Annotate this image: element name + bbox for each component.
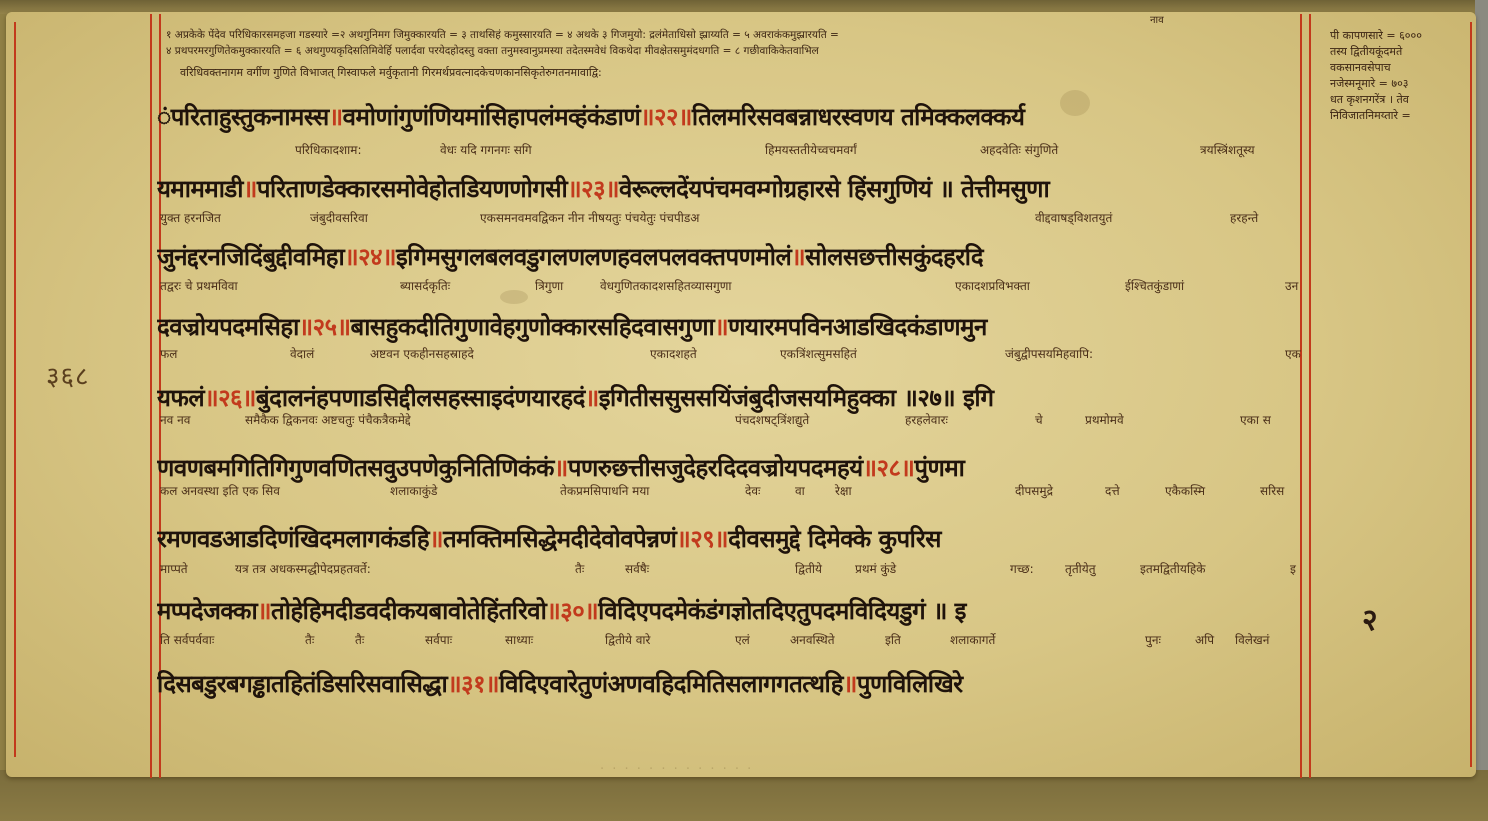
- main-text-line: दिसबडुरबगड्ढातहितंडिसरिसवासिद्धा॥३१॥विदि…: [157, 667, 1303, 701]
- verse-text: बुंदालनंहपणाडसिद्दीलसहस्साइदंणयारहदं: [256, 384, 585, 412]
- interlinear-gloss: त्रिगुणा: [535, 277, 563, 294]
- verse-text: तमक्तिमसिद्धेमदीदेवोवपेन्नणं: [443, 525, 676, 553]
- right-note-line: धत कृशनगरेंत्र । तेव: [1330, 92, 1475, 108]
- main-text-line: मप्पदेजक्का॥तोहेहिमदीडवदीकयबावोतेहिंतरिव…: [157, 594, 1303, 628]
- interlinear-gloss: हिमयस्ततीयेच्वचमवर्गं: [765, 141, 857, 158]
- interlinear-gloss: उन: [1285, 277, 1298, 294]
- verse-text: रमणवडआडदिणंखिदमलागकंडहि: [157, 525, 429, 553]
- verse-text: पणरुछत्तीसजुदेहरदिदवज्रोयपदमहयं: [568, 454, 863, 482]
- interlinear-gloss: वेदालं: [290, 345, 314, 362]
- interlinear-gloss: अहदवेतिः संगुणिते: [980, 141, 1058, 158]
- interlinear-gloss: प्रथमं कुंडे: [855, 560, 896, 577]
- interlinear-gloss: युक्त हरनजित: [160, 209, 221, 226]
- verse-marker: ॥: [714, 313, 728, 341]
- verse-marker: ॥: [843, 670, 857, 698]
- interlinear-gloss: पुनः: [1145, 631, 1161, 648]
- verse-marker: ॥२२॥: [640, 103, 692, 131]
- verse-text: तोहेहिमदीडवदीकयबावोतेहिंतरिवो: [271, 597, 546, 625]
- verse-text: यमाममाडी: [157, 175, 243, 203]
- verse-text: परिताणडेक्कारसमोवेहोतडियणणोगसी: [257, 175, 567, 203]
- interlinear-gloss: पंचदशषट्त्रिंशद्युते: [735, 411, 809, 428]
- border-rule-right-inner-2: [1309, 14, 1311, 778]
- interlinear-gloss: तैः: [305, 631, 314, 648]
- interlinear-gloss: एकादशप्रविभक्ता: [955, 277, 1030, 294]
- backdrop-bottom: [0, 770, 1488, 821]
- main-text-line: दवज्रोयपदमसिहा॥२५॥बासहुकदीतिगुणावेहगुणोक…: [157, 310, 1303, 344]
- interlinear-gloss: अष्टवन एकहीनसहस्राहदे: [370, 345, 474, 362]
- interlinear-gloss: वीद्दवाषड्विशतयुतं: [1035, 209, 1112, 226]
- verse-marker: ॥२५॥: [299, 313, 351, 341]
- interlinear-gloss: साध्याः: [505, 631, 533, 648]
- interlinear-gloss: इ: [1290, 560, 1296, 577]
- right-note-line: तस्य द्वितीयकूंदमते: [1330, 44, 1475, 60]
- commentary-line: १ अप्रकेके पेंदेव परिधिकारसमहजा गडस्यारे…: [166, 28, 1306, 42]
- verse-text: पुणविलिखिरे: [857, 670, 963, 698]
- interlinear-gloss: नव नव: [160, 411, 190, 428]
- interlinear-gloss: देवः: [745, 482, 760, 499]
- verse-marker: ॥: [329, 103, 343, 131]
- commentary-line: ४ प्रथपरमरगुणितेकमुक्कारयति = ६ अथगुण्यक…: [166, 44, 1306, 58]
- verse-text: वेरूल्लदेंयपंचमवम्गोग्रहारसे हिंसगुणियं …: [619, 175, 1049, 203]
- interlinear-gloss: तैः: [355, 631, 364, 648]
- paper-stain: [500, 290, 528, 304]
- verse-marker: ॥: [257, 597, 271, 625]
- interlinear-gloss: अपि: [1195, 631, 1214, 648]
- verse-text: णवणबमगितिगिगुणवणितसवुउपणेकुनितिणिकंकं: [157, 454, 554, 482]
- main-text-line: णवणबमगितिगिगुणवणितसवुउपणेकुनितिणिकंकं॥पण…: [157, 451, 1303, 485]
- verse-text: विदिएपदमेकंडंगज्ञोतदिएतुपदमविदियडुगं ॥ इ: [598, 597, 966, 625]
- right-margin-number: २: [1362, 598, 1378, 639]
- interlinear-gloss: प्रथमोमवे: [1085, 411, 1124, 428]
- interlinear-gloss: वा: [795, 482, 805, 499]
- main-text-line: जुनंद्दरनजिदिंबुद्दीवमिहा॥२४॥इगिमसुगलबलव…: [157, 240, 1303, 274]
- main-text-line: रमणवडआडदिणंखिदमलागकंडहि॥तमक्तिमसिद्धेमदी…: [157, 522, 1303, 556]
- verse-text: दवज्रोयपदमसिहा: [157, 313, 299, 341]
- right-note-line: पी कापणसारे = ६०००: [1330, 28, 1475, 44]
- interlinear-gloss: तृतीयेतु: [1065, 560, 1096, 577]
- verse-text: णयारमपविनआडखिदकंडाणमुन: [728, 313, 987, 341]
- verse-marker: ॥२३॥: [567, 175, 619, 203]
- interlinear-gloss: ब्यासर्दकृतिः: [400, 277, 450, 294]
- interlinear-gloss: हरहलेवारः: [905, 411, 948, 428]
- verse-text: बासहुकदीतिगुणावेहगुणोक्कारसहिदवासगुणा: [351, 313, 715, 341]
- interlinear-gloss: अनवस्थिते: [790, 631, 835, 648]
- interlinear-gloss: एकादशहते: [650, 345, 697, 362]
- interlinear-gloss: त्रयस्त्रिंशतूस्य: [1200, 141, 1255, 158]
- interlinear-gloss: इति: [885, 631, 901, 648]
- interlinear-gloss: चे: [1035, 411, 1043, 428]
- interlinear-gloss: एक: [1285, 345, 1301, 362]
- verse-marker: ॥: [585, 384, 599, 412]
- interlinear-gloss: शलाकागर्ते: [950, 631, 995, 648]
- interlinear-gloss: वेधगुणितकादशसहितव्यासगुणा: [600, 277, 732, 294]
- interlinear-gloss: सर्वषैः: [625, 560, 649, 577]
- interlinear-gloss: समैकैक द्विकनवः अष्टचतुः पंचैकत्रैकमेद्द…: [245, 411, 411, 428]
- interlinear-gloss: तैः: [575, 560, 584, 577]
- verse-marker: ॥: [554, 454, 568, 482]
- top-note: नाव: [1150, 12, 1164, 26]
- interlinear-gloss: ईश्चितकुंडाणां: [1125, 277, 1184, 294]
- verse-marker: ॥२४॥: [344, 243, 396, 271]
- interlinear-gloss: एकसमनवमवद्विकन नीन नीषयतुः पंचयेतुः पंचप…: [480, 209, 699, 226]
- main-text-line: यमाममाडी॥परिताणडेक्कारसमोवेहोतडियणणोगसी॥…: [157, 172, 1303, 206]
- verse-marker: ॥३१॥: [447, 670, 499, 698]
- verse-text: यफलं: [157, 384, 204, 412]
- verse-text: तिलमरिसवबन्नाधरस्वणय तमिक्कलक्कर्य: [692, 103, 1025, 131]
- right-note-line: निविजातनिमय्तारे =: [1330, 108, 1475, 124]
- watermark: · · · · · · · · · · · · ·: [600, 762, 753, 777]
- verse-marker: ॥: [429, 525, 443, 553]
- interlinear-gloss: विलेखनं: [1235, 631, 1269, 648]
- interlinear-gloss: एलं: [735, 631, 750, 648]
- interlinear-gloss: रेक्षा: [835, 482, 852, 499]
- interlinear-gloss: जंबुद्वीपसयमिहवापि:: [1005, 345, 1093, 362]
- interlinear-gloss: हरहन्ते: [1230, 209, 1258, 226]
- interlinear-gloss: वेधः यदि गगनगः सगि: [440, 141, 532, 158]
- verse-text: इगिमसुगलबलवडुगलणलणहवलपलवक्तपणमोलं: [396, 243, 791, 271]
- right-margin-notes: पी कापणसारे = ६००० तस्य द्वितीयकूंदमते व…: [1330, 28, 1475, 124]
- verse-text: दिसबडुरबगड्ढातहितंडिसरिसवासिद्धा: [157, 670, 447, 698]
- interlinear-gloss: गच्छ:: [1010, 560, 1034, 577]
- verse-text: सोलसछत्तीसकुंदहरदि: [805, 243, 983, 271]
- interlinear-gloss: यत्र तत्र अधकस्मद्धीपेदप्रहतवर्ते:: [235, 560, 371, 577]
- interlinear-gloss: ति सर्वपर्ववाः: [160, 631, 214, 648]
- right-note-line: वकसानवसेपाच: [1330, 60, 1475, 76]
- verse-text: इगितीससुससयिंजंबुदीजसयमिहुक्का ॥२७॥ इगि: [599, 384, 994, 412]
- verse-marker: ॥२६॥: [204, 384, 256, 412]
- main-text-line: ंपरिताहुस्तुकनामस्स॥वमोणांगुणंणियमांसिहा…: [157, 100, 1303, 134]
- verse-text: ंपरिताहुस्तुकनामस्स: [157, 103, 329, 131]
- border-rule-left-inner-1: [150, 14, 152, 778]
- verse-text: दीवसमुद्दे दिमेक्के कुपरिस: [728, 525, 941, 553]
- interlinear-gloss: माप्पते: [160, 560, 188, 577]
- interlinear-gloss: एका स: [1240, 411, 1271, 428]
- verse-text: जुनंद्दरनजिदिंबुद्दीवमिहा: [157, 243, 344, 271]
- backdrop-right: [1475, 0, 1488, 821]
- verse-marker: ॥: [791, 243, 805, 271]
- verse-marker: ॥२९॥: [676, 525, 728, 553]
- interlinear-gloss: जंबुदीवसरिवा: [310, 209, 368, 226]
- interlinear-gloss: इतमद्वितीयहिके: [1140, 560, 1206, 577]
- interlinear-gloss: द्वितीये वारे: [605, 631, 650, 648]
- right-note-line: नजेस्मनूमारे = ७०३: [1330, 76, 1475, 92]
- verse-text: पुंणमा: [914, 454, 964, 482]
- verse-text: वमोणांगुणंणियमांसिहापलंमव्हंकंडाणं: [343, 103, 641, 131]
- verse-text: विदिएवारेतुणंअणवहिदमितिसलागगतत्थहि: [499, 670, 843, 698]
- interlinear-gloss: शलाकाकुंडे: [390, 482, 437, 499]
- commentary-line: वरिधिवक्तनागम वर्गीण गुणिते विभाजत् गिस्…: [180, 66, 1320, 80]
- folio-number: ३६८: [46, 357, 90, 393]
- verse-text: मप्पदेजक्का: [157, 597, 257, 625]
- interlinear-gloss: दत्ते: [1105, 482, 1120, 499]
- interlinear-gloss: सरिस: [1260, 482, 1284, 499]
- interlinear-gloss: फल: [160, 345, 177, 362]
- interlinear-gloss: एकत्रिंशत्सुमसहितं: [780, 345, 857, 362]
- verse-marker: ॥३०॥: [546, 597, 598, 625]
- interlinear-gloss: एकैकस्मि: [1165, 482, 1205, 499]
- interlinear-gloss: कल अनवस्था इति एक सिव: [160, 482, 280, 499]
- interlinear-gloss: सर्वपाः: [425, 631, 452, 648]
- border-rule-left-outer: [14, 22, 16, 757]
- verse-marker: ॥२८॥: [863, 454, 915, 482]
- interlinear-gloss: तद्वरः चे प्रथमविवा: [160, 277, 238, 294]
- verse-marker: ॥: [243, 175, 257, 203]
- interlinear-gloss: दीपसमुद्रे: [1015, 482, 1053, 499]
- main-text-line: यफलं॥२६॥बुंदालनंहपणाडसिद्दीलसहस्साइदंणया…: [157, 381, 1303, 415]
- border-rule-right-outer: [1470, 22, 1472, 767]
- interlinear-gloss: तेकप्रमसिपाधनि मया: [560, 482, 649, 499]
- interlinear-gloss: परिधिकादशाम:: [295, 141, 362, 158]
- interlinear-gloss: द्वितीये: [795, 560, 822, 577]
